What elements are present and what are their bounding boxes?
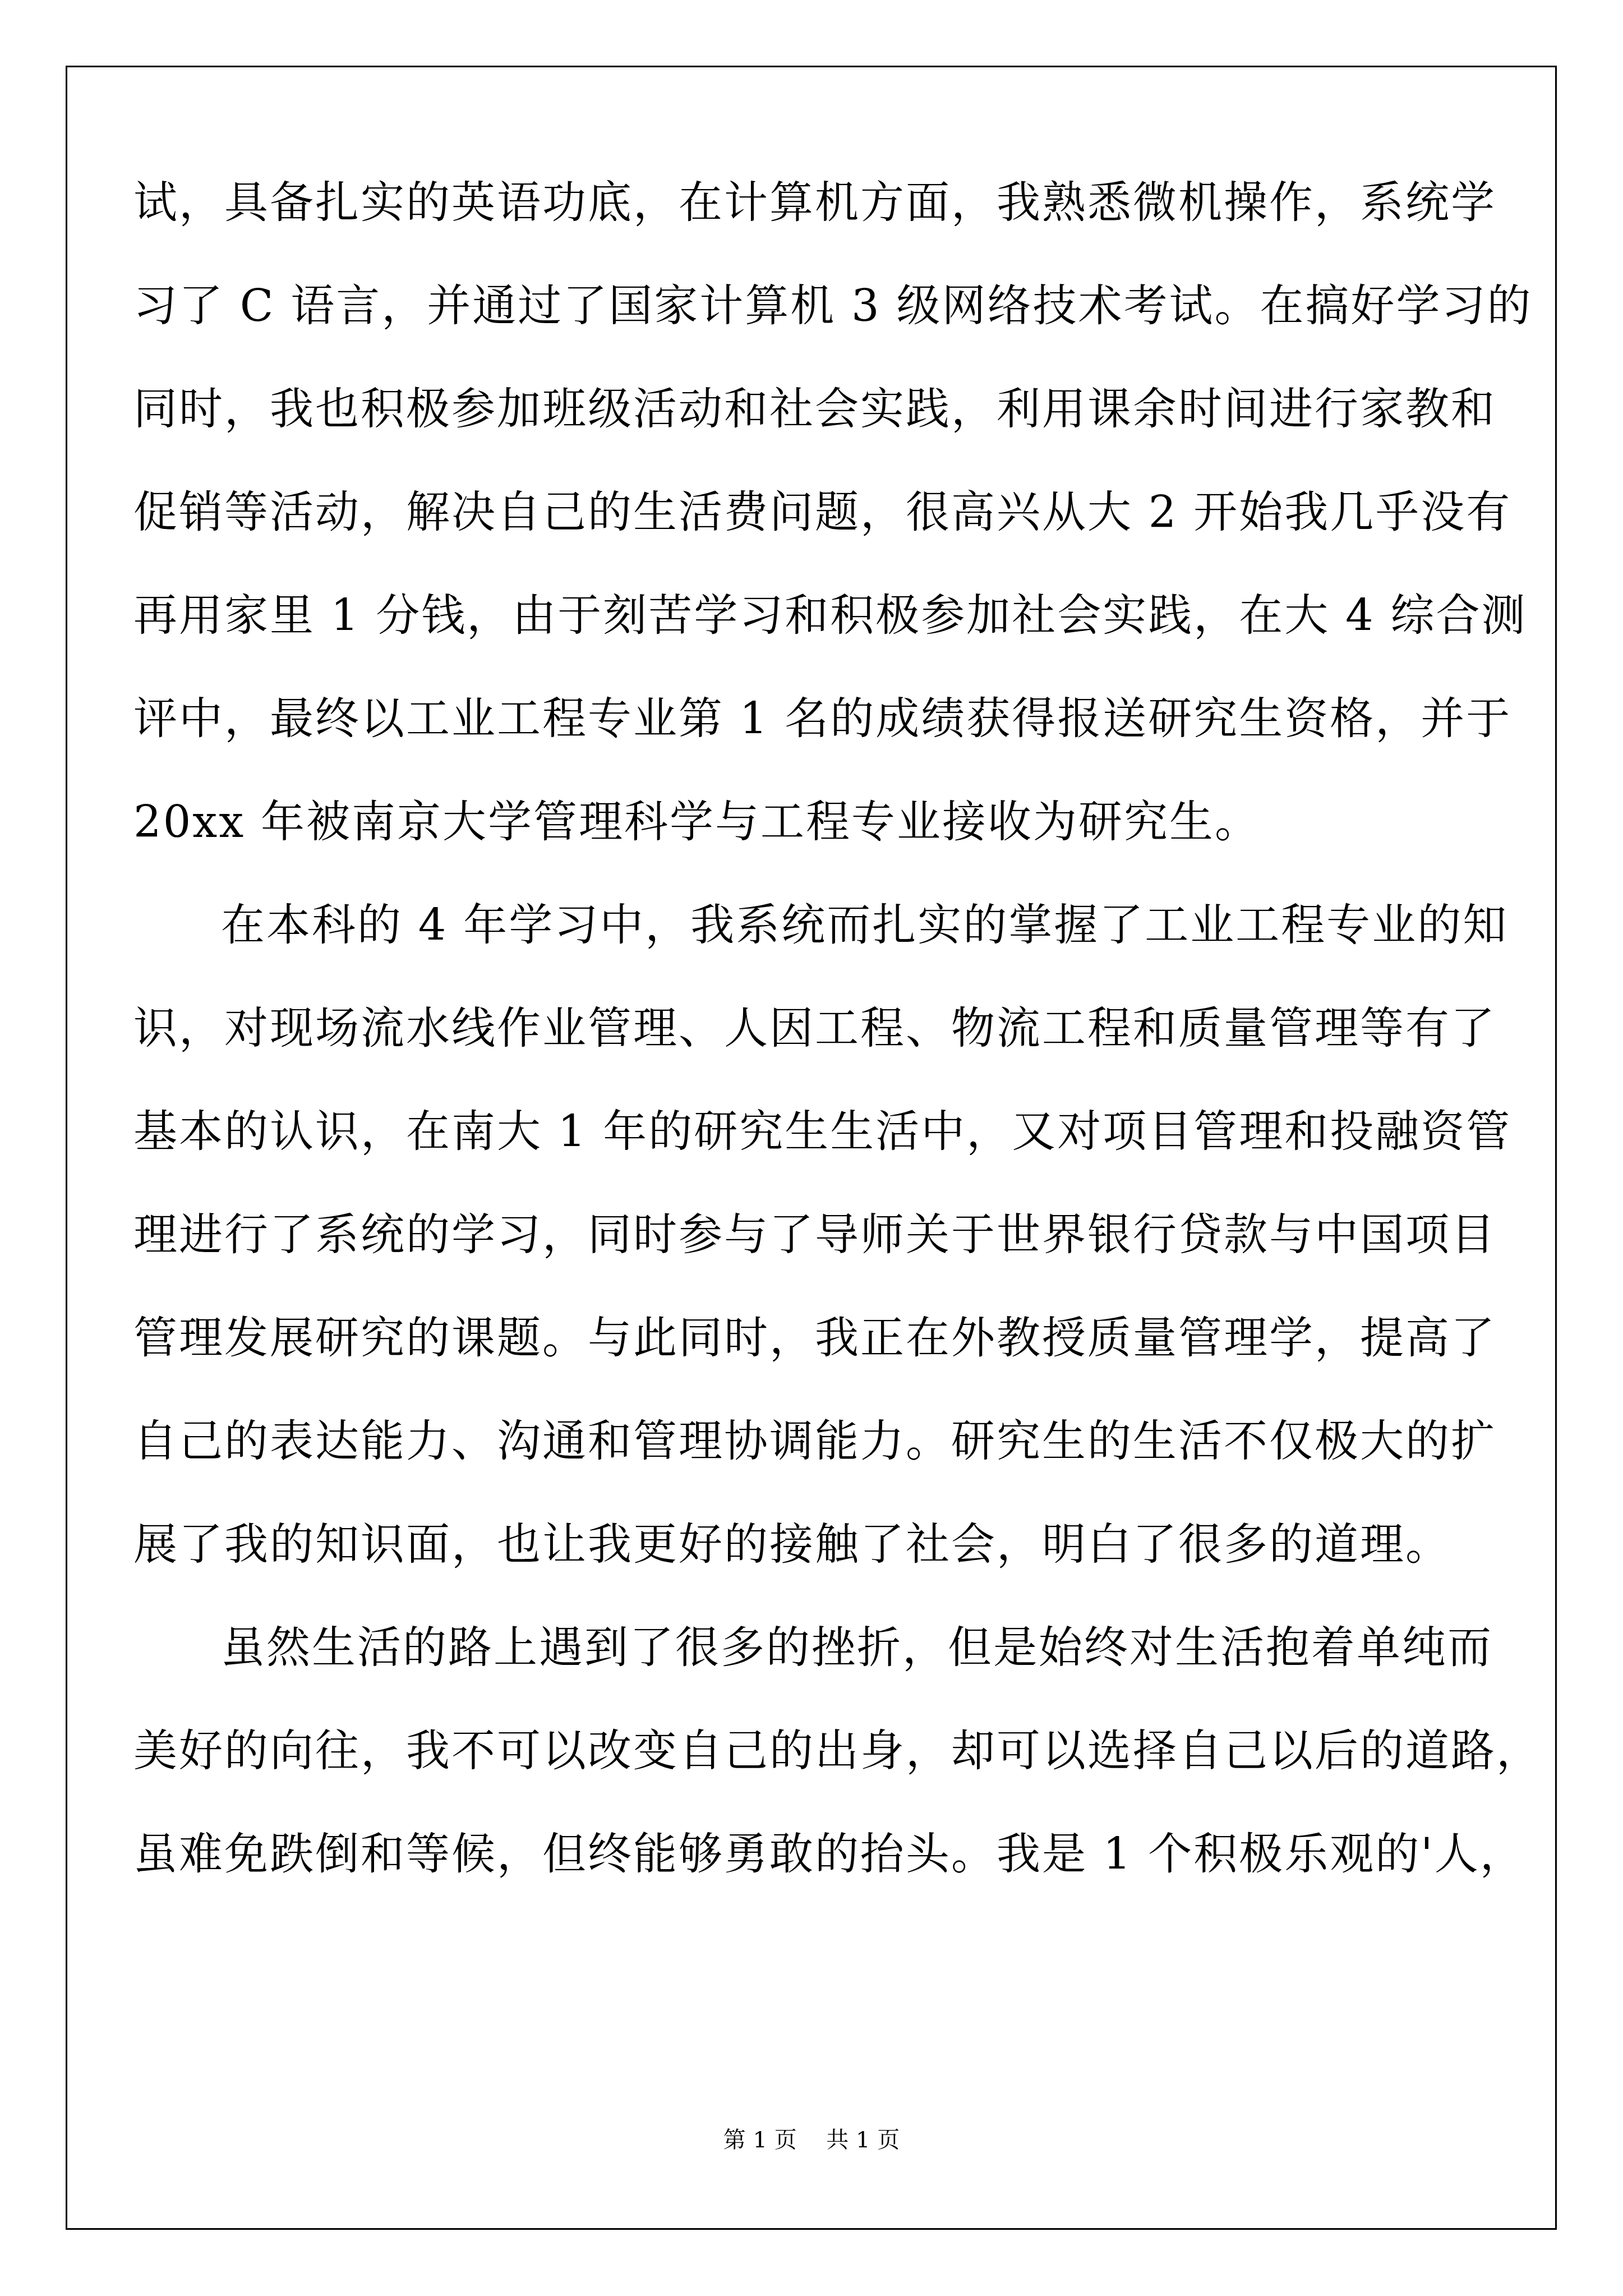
text-line: 自己的表达能力、沟通和管理协调能力。研究生的生活不仅极大的扩 bbox=[133, 1390, 1367, 1493]
paragraph-first-line: 在本科的 4 年学习中，我系统而扎实的掌握了工业工程专业的知 bbox=[133, 874, 1367, 977]
text-line: 试，具备扎实的英语功底，在计算机方面，我熟悉微机操作，系统学 bbox=[133, 151, 1367, 255]
text-line: 再用家里 1 分钱，由于刻苦学习和积极参加社会实践，在大 4 综合测 bbox=[133, 564, 1367, 668]
text-line: 管理发展研究的课题。与此同时，我正在外教授质量管理学，提高了 bbox=[133, 1287, 1367, 1390]
text-line: 评中，最终以工业工程专业第 1 名的成绩获得报送研究生资格，并于 bbox=[133, 668, 1367, 771]
text-line: 理进行了系统的学习，同时参与了导师关于世界银行贷款与中国项目 bbox=[133, 1184, 1367, 1287]
text-line: 虽难免跌倒和等候，但终能够勇敢的抬头。我是 1 个积极乐观的'人， bbox=[133, 1803, 1367, 1906]
total-pages-label: 共 1 页 bbox=[826, 2127, 900, 2153]
current-page-label: 第 1 页 bbox=[723, 2127, 797, 2153]
document-body: 试，具备扎实的英语功底，在计算机方面，我熟悉微机操作，系统学 习了 C 语言，并… bbox=[133, 151, 1367, 1906]
text-line: 基本的认识，在南大 1 年的研究生生活中，又对项目管理和投融资管 bbox=[133, 1080, 1367, 1184]
text-line: 同时，我也积极参加班级活动和社会实践，利用课余时间进行家教和 bbox=[133, 358, 1367, 461]
text-line: 展了我的知识面，也让我更好的接触了社会，明白了很多的道理。 bbox=[133, 1493, 1367, 1596]
text-line: 识，对现场流水线作业管理、人因工程、物流工程和质量管理等有了 bbox=[133, 977, 1367, 1080]
page-footer: 第 1 页 共 1 页 bbox=[0, 2122, 1623, 2154]
text-line: 促销等活动，解决自己的生活费问题，很高兴从大 2 开始我几乎没有 bbox=[133, 461, 1367, 564]
text-line: 美好的向往，我不可以改变自己的出身，却可以选择自己以后的道路， bbox=[133, 1700, 1367, 1803]
paragraph-first-line: 虽然生活的路上遇到了很多的挫折，但是始终对生活抱着单纯而 bbox=[133, 1596, 1367, 1700]
text-line: 20xx 年被南京大学管理科学与工程专业接收为研究生。 bbox=[133, 771, 1367, 874]
text-line: 习了 C 语言，并通过了国家计算机 3 级网络技术考试。在搞好学习的 bbox=[133, 255, 1367, 358]
